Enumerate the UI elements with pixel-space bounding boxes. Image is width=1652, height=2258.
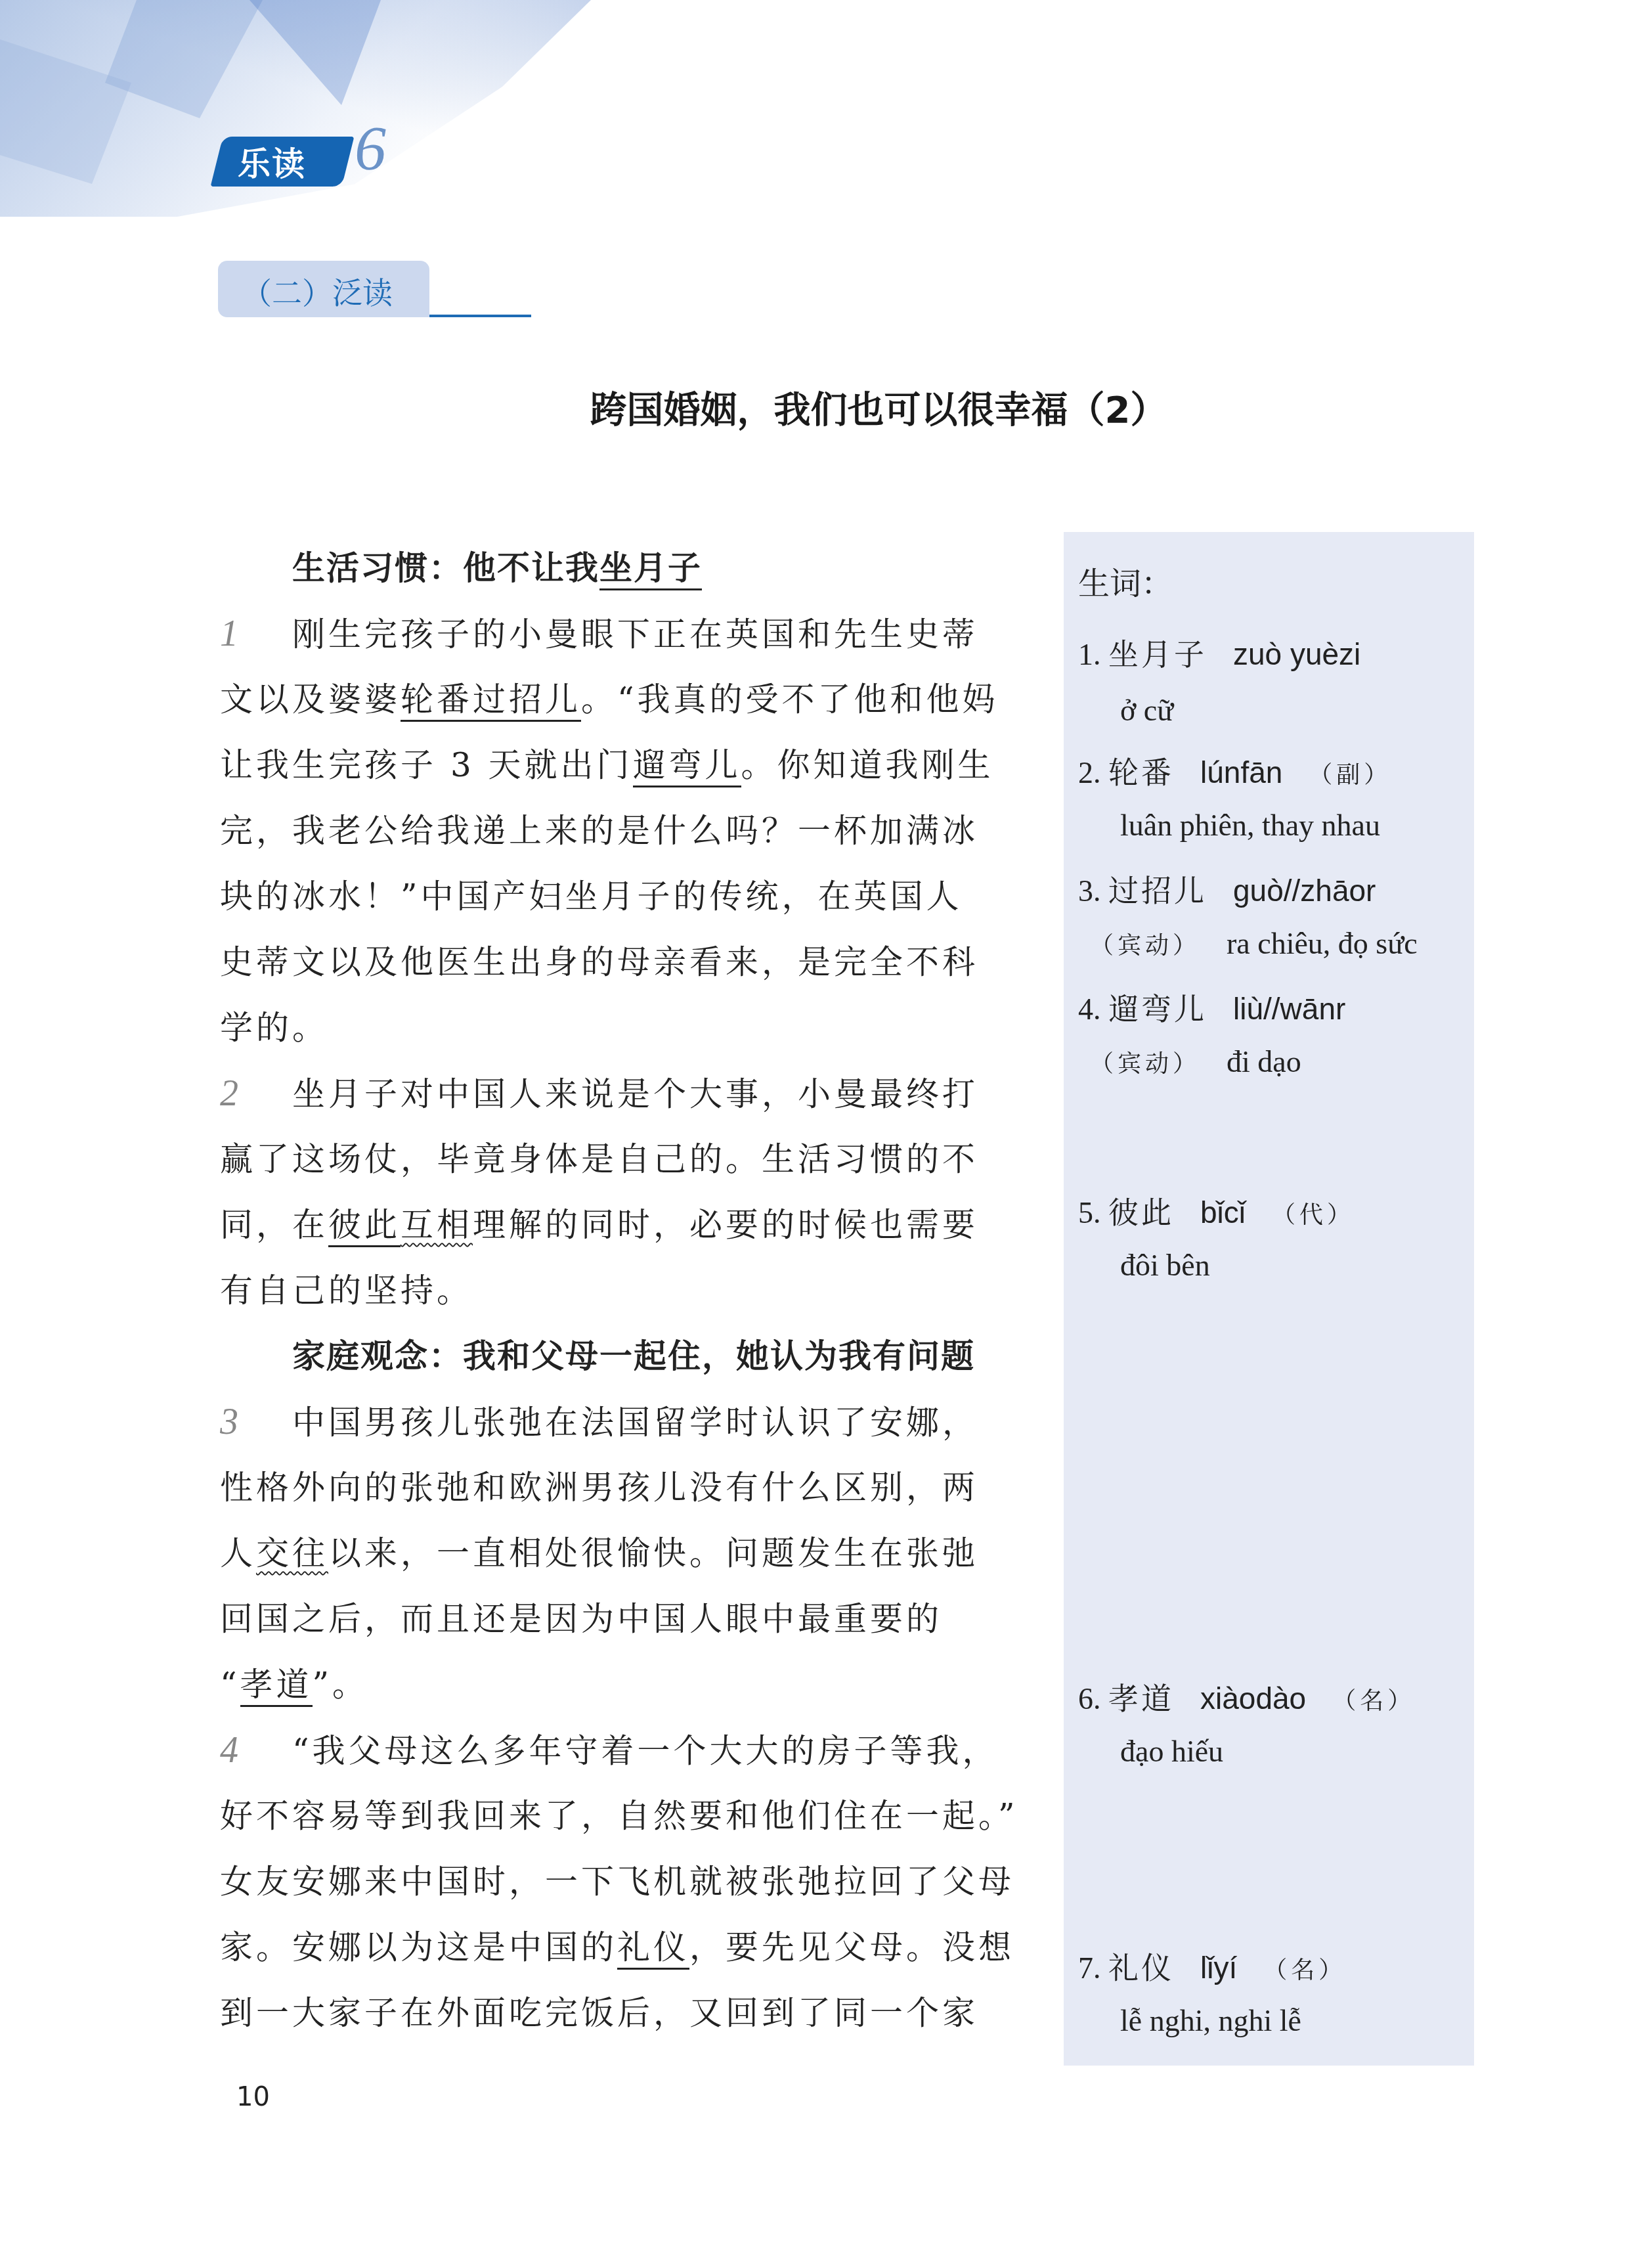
text-line: 女友安娜来中国时，一下飞机就被张弛拉回了父母 bbox=[220, 1849, 1008, 1915]
vocab-number: 1. bbox=[1078, 638, 1101, 671]
vocab-meaning-line: ở cữ bbox=[1120, 693, 1173, 728]
text-segment: 性格外向的张弛和欧洲男孩儿没有什么区别，两 bbox=[220, 1469, 978, 1507]
text-segment: 以来，一直相处很愉快。问题发生在张弛 bbox=[328, 1534, 978, 1572]
paragraph-start-line: 1刚生完孩子的小曼眼下正在英国和先生史蒂 bbox=[220, 601, 1008, 667]
text-segment: “我父母这么多年守着一个大大的房子等我， bbox=[292, 1732, 999, 1770]
vocab-highlight: 轮番 bbox=[401, 680, 473, 722]
vocab-hanzi: 轮番 bbox=[1108, 755, 1174, 790]
text-segment: 理解的同时，必要的时候也需要 bbox=[473, 1206, 978, 1244]
text-segment: 回国之后，而且还是因为中国人眼中最重要的 bbox=[220, 1600, 942, 1638]
text-line: 回国之后，而且还是因为中国人眼中最重要的 bbox=[220, 1586, 1008, 1652]
text-segment: 完，我老公给我递上来的是什么吗？一杯加满冰 bbox=[220, 812, 978, 850]
section-label: （二）泛读 bbox=[242, 269, 393, 313]
text-segment: 文以及婆婆 bbox=[220, 680, 401, 719]
vocab-highlight: 礼仪 bbox=[617, 1928, 689, 1970]
article-body: 生活习惯：他不让我坐月子1刚生完孩子的小曼眼下正在英国和先生史蒂文以及婆婆轮番过… bbox=[220, 535, 1008, 2046]
section-subheading: 家庭观念：我和父母一起住，她认为我有问题 bbox=[220, 1323, 1008, 1389]
vocab-meaning: ra chiêu, đọ sức bbox=[1227, 927, 1418, 960]
vocab-hanzi: 孝道 bbox=[1108, 1681, 1174, 1716]
paragraph-number: 2 bbox=[220, 1061, 292, 1126]
text-segment: 史蒂文以及他医生出身的母亲看来，是完全不科 bbox=[220, 943, 978, 981]
text-line: 同，在彼此互相理解的同时，必要的时候也需要 bbox=[220, 1192, 1008, 1258]
text-segment: 块的冰水！”中国产妇坐月子的传统，在英国人 bbox=[220, 877, 963, 916]
vocab-meaning: ở cữ bbox=[1120, 694, 1173, 727]
vocab-entry: 7. 礼仪lǐyí（名） bbox=[1078, 1944, 1346, 1987]
vocab-pinyin: guò//zhāor bbox=[1233, 874, 1376, 908]
text-line: “孝道”。 bbox=[220, 1652, 1008, 1717]
vocab-part-of-speech: （代） bbox=[1272, 1202, 1355, 1229]
vocab-meaning-line: luân phiên, thay nhau bbox=[1120, 808, 1380, 843]
text-segment: 有自己的坚持。 bbox=[220, 1272, 473, 1310]
vocab-number: 7. bbox=[1078, 1951, 1101, 1985]
vocab-number: 3. bbox=[1078, 874, 1101, 908]
vocab-meaning: luân phiên, thay nhau bbox=[1120, 808, 1380, 842]
text-segment: 女友安娜来中国时，一下飞机就被张弛拉回了父母 bbox=[220, 1863, 1014, 1901]
vocab-meaning: đi dạo bbox=[1227, 1045, 1301, 1078]
text-segment: 好不容易等到我回来了，自然要和他们住在一起。” bbox=[220, 1797, 1018, 1835]
paragraph-start-line: 3中国男孩儿张弛在法国留学时认识了安娜， bbox=[220, 1389, 1008, 1455]
wavy-highlight: 交往 bbox=[256, 1534, 328, 1572]
text-line: 让我生完孩子 3 天就出门遛弯儿。你知道我刚生 bbox=[220, 732, 1008, 798]
vocab-highlight: 遛弯儿 bbox=[633, 746, 741, 787]
vocab-part-of-speech: （副） bbox=[1309, 762, 1391, 789]
vocabulary-title: 生词： bbox=[1078, 558, 1173, 604]
text-segment: 刚生完孩子的小曼眼下正在英国和先生史蒂 bbox=[292, 615, 978, 653]
text-line: 性格外向的张弛和欧洲男孩儿没有什么区别，两 bbox=[220, 1455, 1008, 1520]
text-line: 家。安娜以为这是中国的礼仪，要先见父母。没想 bbox=[220, 1915, 1008, 1980]
text-segment: 家庭观念：我和父母一起住，她认为我有问题 bbox=[292, 1337, 975, 1375]
text-segment: 。你知道我刚生 bbox=[741, 746, 994, 784]
vocab-entry: 5. 彼此bǐcǐ（代） bbox=[1078, 1189, 1355, 1232]
text-line: 块的冰水！”中国产妇坐月子的传统，在英国人 bbox=[220, 864, 1008, 929]
text-segment: 家。安娜以为这是中国的 bbox=[220, 1928, 617, 1966]
lesson-number: 6 bbox=[355, 112, 386, 185]
paragraph-number: 3 bbox=[220, 1389, 292, 1455]
vocab-part-of-speech: （宾动） bbox=[1090, 1051, 1200, 1078]
lesson-label: 乐读 bbox=[238, 138, 306, 185]
vocab-part-of-speech: （宾动） bbox=[1090, 933, 1200, 960]
vocab-hanzi: 过招儿 bbox=[1108, 873, 1207, 908]
text-line: 完，我老公给我递上来的是什么吗？一杯加满冰 bbox=[220, 798, 1008, 864]
vocab-meaning: lễ nghi, nghi lễ bbox=[1120, 2004, 1301, 2037]
text-line: 好不容易等到我回来了，自然要和他们住在一起。” bbox=[220, 1783, 1008, 1849]
vocab-meaning: đạo hiếu bbox=[1120, 1735, 1223, 1768]
text-segment: “ bbox=[220, 1666, 240, 1704]
paragraph-start-line: 2坐月子对中国人来说是个大事，小曼最终打 bbox=[220, 1061, 1008, 1126]
vocab-highlight: 过招儿 bbox=[473, 680, 581, 722]
vocab-hanzi: 礼仪 bbox=[1108, 1950, 1174, 1985]
paragraph-start-line: 4“我父母这么多年守着一个大大的房子等我， bbox=[220, 1717, 1008, 1783]
text-line: 赢了这场仗，毕竟身体是自己的。生活习惯的不 bbox=[220, 1126, 1008, 1192]
vocab-number: 2. bbox=[1078, 756, 1101, 789]
vocab-meaning-line: đôi bên bbox=[1120, 1248, 1210, 1283]
vocab-highlight: 孝道 bbox=[240, 1666, 313, 1707]
text-segment: 让我生完孩子 3 天就出门 bbox=[220, 746, 633, 784]
vocab-entry: 1. 坐月子zuò yuèzi bbox=[1078, 631, 1360, 674]
paragraph-number: 1 bbox=[220, 601, 292, 667]
text-segment: 中国男孩儿张弛在法国留学时认识了安娜， bbox=[292, 1404, 978, 1442]
vocab-pinyin: lúnfān bbox=[1200, 755, 1282, 789]
vocab-number: 4. bbox=[1078, 992, 1101, 1026]
vocab-pinyin: bǐcǐ bbox=[1200, 1195, 1246, 1229]
text-line: 学的。 bbox=[220, 995, 1008, 1061]
text-segment: 坐月子对中国人来说是个大事，小曼最终打 bbox=[292, 1075, 978, 1113]
page-number: 10 bbox=[236, 2082, 270, 2112]
vocab-entry: 2. 轮番lúnfān（副） bbox=[1078, 749, 1391, 792]
vocab-entry: 4. 遛弯儿liù//wānr bbox=[1078, 985, 1345, 1029]
text-segment: 同，在 bbox=[220, 1206, 328, 1244]
vocab-entry: 3. 过招儿guò//zhāor bbox=[1078, 867, 1376, 910]
vocab-pinyin: zuò yuèzi bbox=[1233, 637, 1360, 671]
vocab-hanzi: 遛弯儿 bbox=[1108, 991, 1207, 1027]
paragraph-number: 4 bbox=[220, 1717, 292, 1783]
vocab-meaning-line: （宾动）đi dạo bbox=[1090, 1044, 1301, 1079]
vocab-part-of-speech: （名） bbox=[1332, 1688, 1415, 1715]
vocab-entry: 6. 孝道xiàodào（名） bbox=[1078, 1675, 1415, 1718]
vocabulary-sidebar: 生词： 1. 坐月子zuò yuèziở cữ2. 轮番lúnfān（副）luâ… bbox=[1064, 532, 1474, 2066]
vocab-pinyin: lǐyí bbox=[1200, 1951, 1237, 1985]
text-line: 到一大家子在外面吃完饭后，又回到了同一个家 bbox=[220, 1980, 1008, 2046]
vocab-highlight: 坐月子 bbox=[599, 548, 702, 590]
text-segment: 到一大家子在外面吃完饭后，又回到了同一个家 bbox=[220, 1994, 978, 2032]
vocab-part-of-speech: （名） bbox=[1263, 1957, 1346, 1984]
vocab-hanzi: 坐月子 bbox=[1108, 636, 1207, 672]
vocab-number: 6. bbox=[1078, 1682, 1101, 1716]
text-segment: 赢了这场仗，毕竟身体是自己的。生活习惯的不 bbox=[220, 1140, 978, 1178]
text-line: 文以及婆婆轮番过招儿。“我真的受不了他和他妈 bbox=[220, 667, 1008, 732]
text-segment: ，要先见父母。没想 bbox=[689, 1928, 1014, 1966]
vocab-pinyin: xiàodào bbox=[1200, 1681, 1306, 1716]
text-segment: 。“我真的受不了他和他妈 bbox=[581, 680, 999, 719]
section-subheading: 生活习惯：他不让我坐月子 bbox=[220, 535, 1008, 601]
vocab-meaning-line: đạo hiếu bbox=[1120, 1734, 1223, 1769]
text-line: 有自己的坚持。 bbox=[220, 1258, 1008, 1323]
section-divider bbox=[429, 315, 531, 317]
vocab-meaning: đôi bên bbox=[1120, 1249, 1210, 1282]
text-line: 人交往以来，一直相处很愉快。问题发生在张弛 bbox=[220, 1520, 1008, 1586]
vocab-pinyin: liù//wānr bbox=[1233, 992, 1345, 1026]
article-title: 跨国婚姻，我们也可以很幸福（2） bbox=[0, 381, 1652, 433]
text-segment: ”。 bbox=[313, 1666, 369, 1704]
wavy-highlight: 互相 bbox=[401, 1206, 473, 1244]
text-segment: 生活习惯：他不让我 bbox=[292, 548, 599, 587]
vocab-meaning-line: （宾动）ra chiêu, đọ sức bbox=[1090, 926, 1418, 961]
text-segment: 学的。 bbox=[220, 1009, 328, 1047]
vocab-highlight: 彼此 bbox=[328, 1206, 401, 1247]
vocab-hanzi: 彼此 bbox=[1108, 1195, 1174, 1230]
vocab-meaning-line: lễ nghi, nghi lễ bbox=[1120, 2003, 1301, 2038]
vocab-number: 5. bbox=[1078, 1196, 1101, 1229]
text-line: 史蒂文以及他医生出身的母亲看来，是完全不科 bbox=[220, 929, 1008, 995]
text-segment: 人 bbox=[220, 1534, 256, 1572]
